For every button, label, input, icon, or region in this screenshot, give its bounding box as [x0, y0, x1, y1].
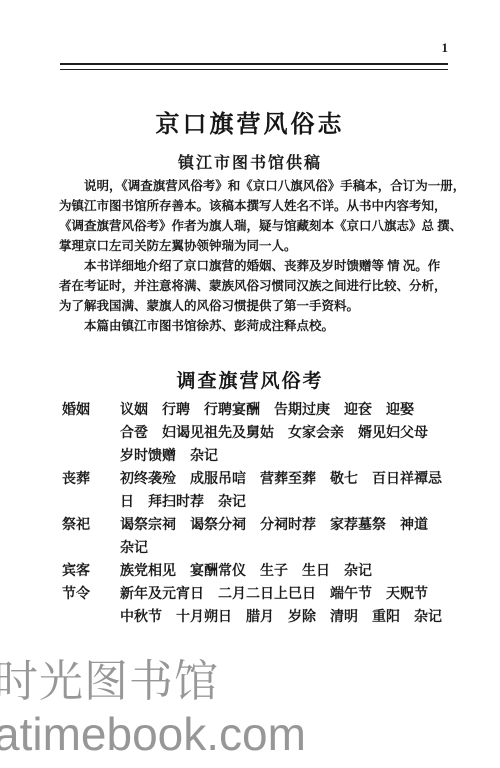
intro-line: 掌理京口左司关防左翼协领钟瑞为同一人。 [59, 236, 453, 256]
entry-line: 谒祭宗祠 谒祭分祠 分祠时荐 家荐墓祭 神道 [120, 514, 458, 537]
watermark-text-en: atimebook.com [0, 708, 306, 760]
contents-entry: 婚姻议姻 行聘 行聘宴酬 告期过庚 迎奁 迎娶合卺 妇谒见祖先及舅姑 女家会亲 … [62, 399, 458, 468]
intro-line: 为镇江市图书馆所存善本。该稿本撰写人姓名不详。从书中内容考知， [59, 196, 453, 216]
entry-line: 日 拜扫时荐 杂记 [120, 491, 458, 514]
header-double-rule [60, 63, 448, 70]
entry-label: 祭祀 [62, 514, 120, 537]
contents-list: 婚姻议姻 行聘 行聘宴酬 告期过庚 迎奁 迎娶合卺 妇谒见祖先及舅姑 女家会亲 … [62, 399, 458, 629]
contents-entry: 宾客族党相见 宴酬常仪 生子 生日 杂记 [62, 560, 458, 583]
contents-entry: 节令新年及元宵日 二月二日上巳日 端午节 天贶节中秋节 十月朔日 腊月 岁除 清… [62, 583, 458, 629]
intro-line: 者在考证时，并注意将满、蒙族风俗习惯同汉族之间进行比较、分析， [59, 276, 453, 296]
intro-line: 说明，《调查旗营风俗考》和《京口八旗风俗》手稿本，合订为一册， [59, 176, 453, 196]
intro-line: 《调查旗营风俗考》作者为旗人瑞，疑与馆藏刻本《京口八旗志》总 撰、 [59, 216, 453, 236]
section-heading: 调查旗营风俗考 [0, 366, 500, 393]
watermark: 时光图书馆 atimebook.com [0, 656, 306, 760]
entry-lines: 议姻 行聘 行聘宴酬 告期过庚 迎奁 迎娶合卺 妇谒见祖先及舅姑 女家会亲 婿见… [120, 399, 458, 468]
intro-paragraph: 说明，《调查旗营风俗考》和《京口八旗风俗》手稿本，合订为一册，为镇江市图书馆所存… [59, 176, 453, 336]
entry-line: 中秋节 十月朔日 腊月 岁除 清明 重阳 杂记 [120, 606, 458, 629]
intro-line: 本书详细地介绍了京口旗营的婚姻、丧葬及岁时馈赠等 情 况。作 [59, 256, 453, 276]
entry-line: 族党相见 宴酬常仪 生子 生日 杂记 [120, 560, 458, 583]
contents-entry: 丧葬初终袭殓 成服吊唁 营葬至葬 敬七 百日祥禫忌日 拜扫时荐 杂记 [62, 468, 458, 514]
watermark-text-cn: 时光图书馆 [0, 656, 306, 708]
contents-entry: 祭祀谒祭宗祠 谒祭分祠 分祠时荐 家荐墓祭 神道杂记 [62, 514, 458, 560]
entry-line: 议姻 行聘 行聘宴酬 告期过庚 迎奁 迎娶 [120, 399, 458, 422]
entry-line: 岁时馈赠 杂记 [120, 445, 458, 468]
page-subtitle: 镇江市图书馆供稿 [0, 150, 500, 173]
entry-lines: 初终袭殓 成服吊唁 营葬至葬 敬七 百日祥禫忌日 拜扫时荐 杂记 [120, 468, 458, 514]
entry-line: 合卺 妇谒见祖先及舅姑 女家会亲 婿见妇父母 [120, 422, 458, 445]
entry-label: 节令 [62, 583, 120, 606]
entry-label: 宾客 [62, 560, 120, 583]
entry-lines: 新年及元宵日 二月二日上巳日 端午节 天贶节中秋节 十月朔日 腊月 岁除 清明 … [120, 583, 458, 629]
page-title: 京口旗营风俗志 [0, 104, 500, 139]
entry-line: 杂记 [120, 537, 458, 560]
intro-line: 本篇由镇江市图书馆徐苏、彭菏成注释点校。 [59, 316, 453, 336]
entry-lines: 族党相见 宴酬常仪 生子 生日 杂记 [120, 560, 458, 583]
entry-line: 新年及元宵日 二月二日上巳日 端午节 天贶节 [120, 583, 458, 606]
entry-label: 婚姻 [62, 399, 120, 422]
entry-label: 丧葬 [62, 468, 120, 491]
entry-lines: 谒祭宗祠 谒祭分祠 分祠时荐 家荐墓祭 神道杂记 [120, 514, 458, 560]
intro-line: 为了解我国满、蒙旗人的风俗习惯提供了第一手资料。 [59, 296, 453, 316]
entry-line: 初终袭殓 成服吊唁 营葬至葬 敬七 百日祥禫忌 [120, 468, 458, 491]
page-number: 1 [420, 40, 448, 56]
